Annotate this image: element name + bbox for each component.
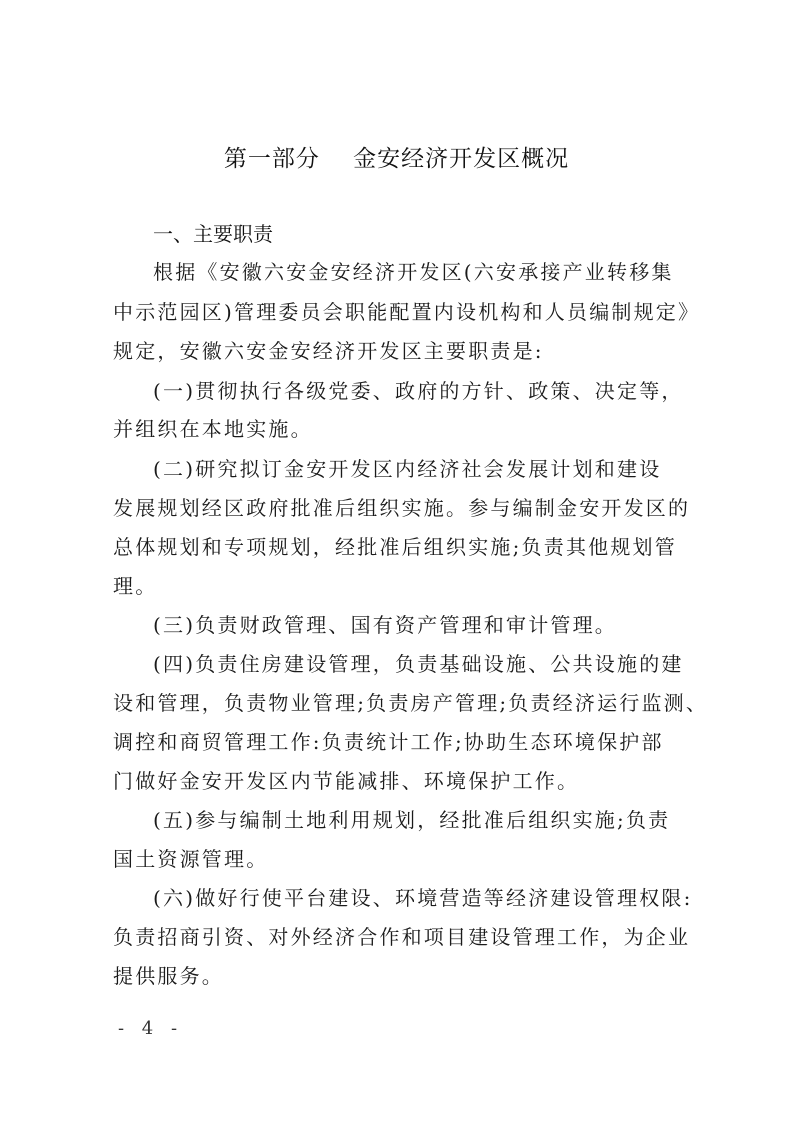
page-title: 第一部分 金安经济开发区概况 (0, 140, 793, 173)
body-line: 中示范园区)管理委员会职能配置内设机构和人员编制规定》 (113, 300, 700, 324)
body-line: 并组织在本地实施。 (113, 417, 313, 441)
body-line: 设和管理，负责物业管理;负责房产管理;负责经济运行监测、 (113, 691, 708, 715)
body-line: 门做好金安开发区内节能减排、环境保护工作。 (113, 769, 579, 793)
page-number: - 4 - (118, 1018, 183, 1039)
body-line: 根据《安徽六安金安经济开发区(六安承接产业转移集 (153, 260, 674, 284)
body-line: 负责招商引资、对外经济合作和项目建设管理工作，为企业 (113, 925, 690, 949)
body-line: 规定，安徽六安金安经济开发区主要职责是: (113, 339, 544, 363)
body-line: (六)做好行使平台建设、环境营造等经济建设管理权限: (153, 886, 693, 910)
body-line: 调控和商贸管理工作:负责统计工作;协助生态环境保护部 (113, 730, 664, 754)
body-line: 国土资源管理。 (113, 847, 268, 871)
body-line: (二)研究拟订金安开发区内经济社会发展计划和建设 (153, 457, 661, 481)
body-line: 理。 (113, 574, 157, 598)
body-line: (五)参与编制土地利用规划，经批准后组织实施;负责 (153, 808, 670, 832)
body-line: 提供服务。 (113, 964, 224, 988)
section-heading: 一、主要职责 (153, 218, 273, 247)
body-line: (四)负责住房建设管理，负责基础设施、公共设施的建 (153, 652, 684, 676)
body-line: (一)贯彻执行各级党委、政府的方针、政策、决定等， (153, 379, 684, 403)
body-line: 总体规划和专项规划，经批准后组织实施;负责其他规划管 (113, 535, 677, 559)
body-line: 发展规划经区政府批准后组织实施。参与编制金安开发区的 (113, 496, 690, 520)
body-line: (三)负责财政管理、国有资产管理和审计管理。 (153, 613, 617, 637)
